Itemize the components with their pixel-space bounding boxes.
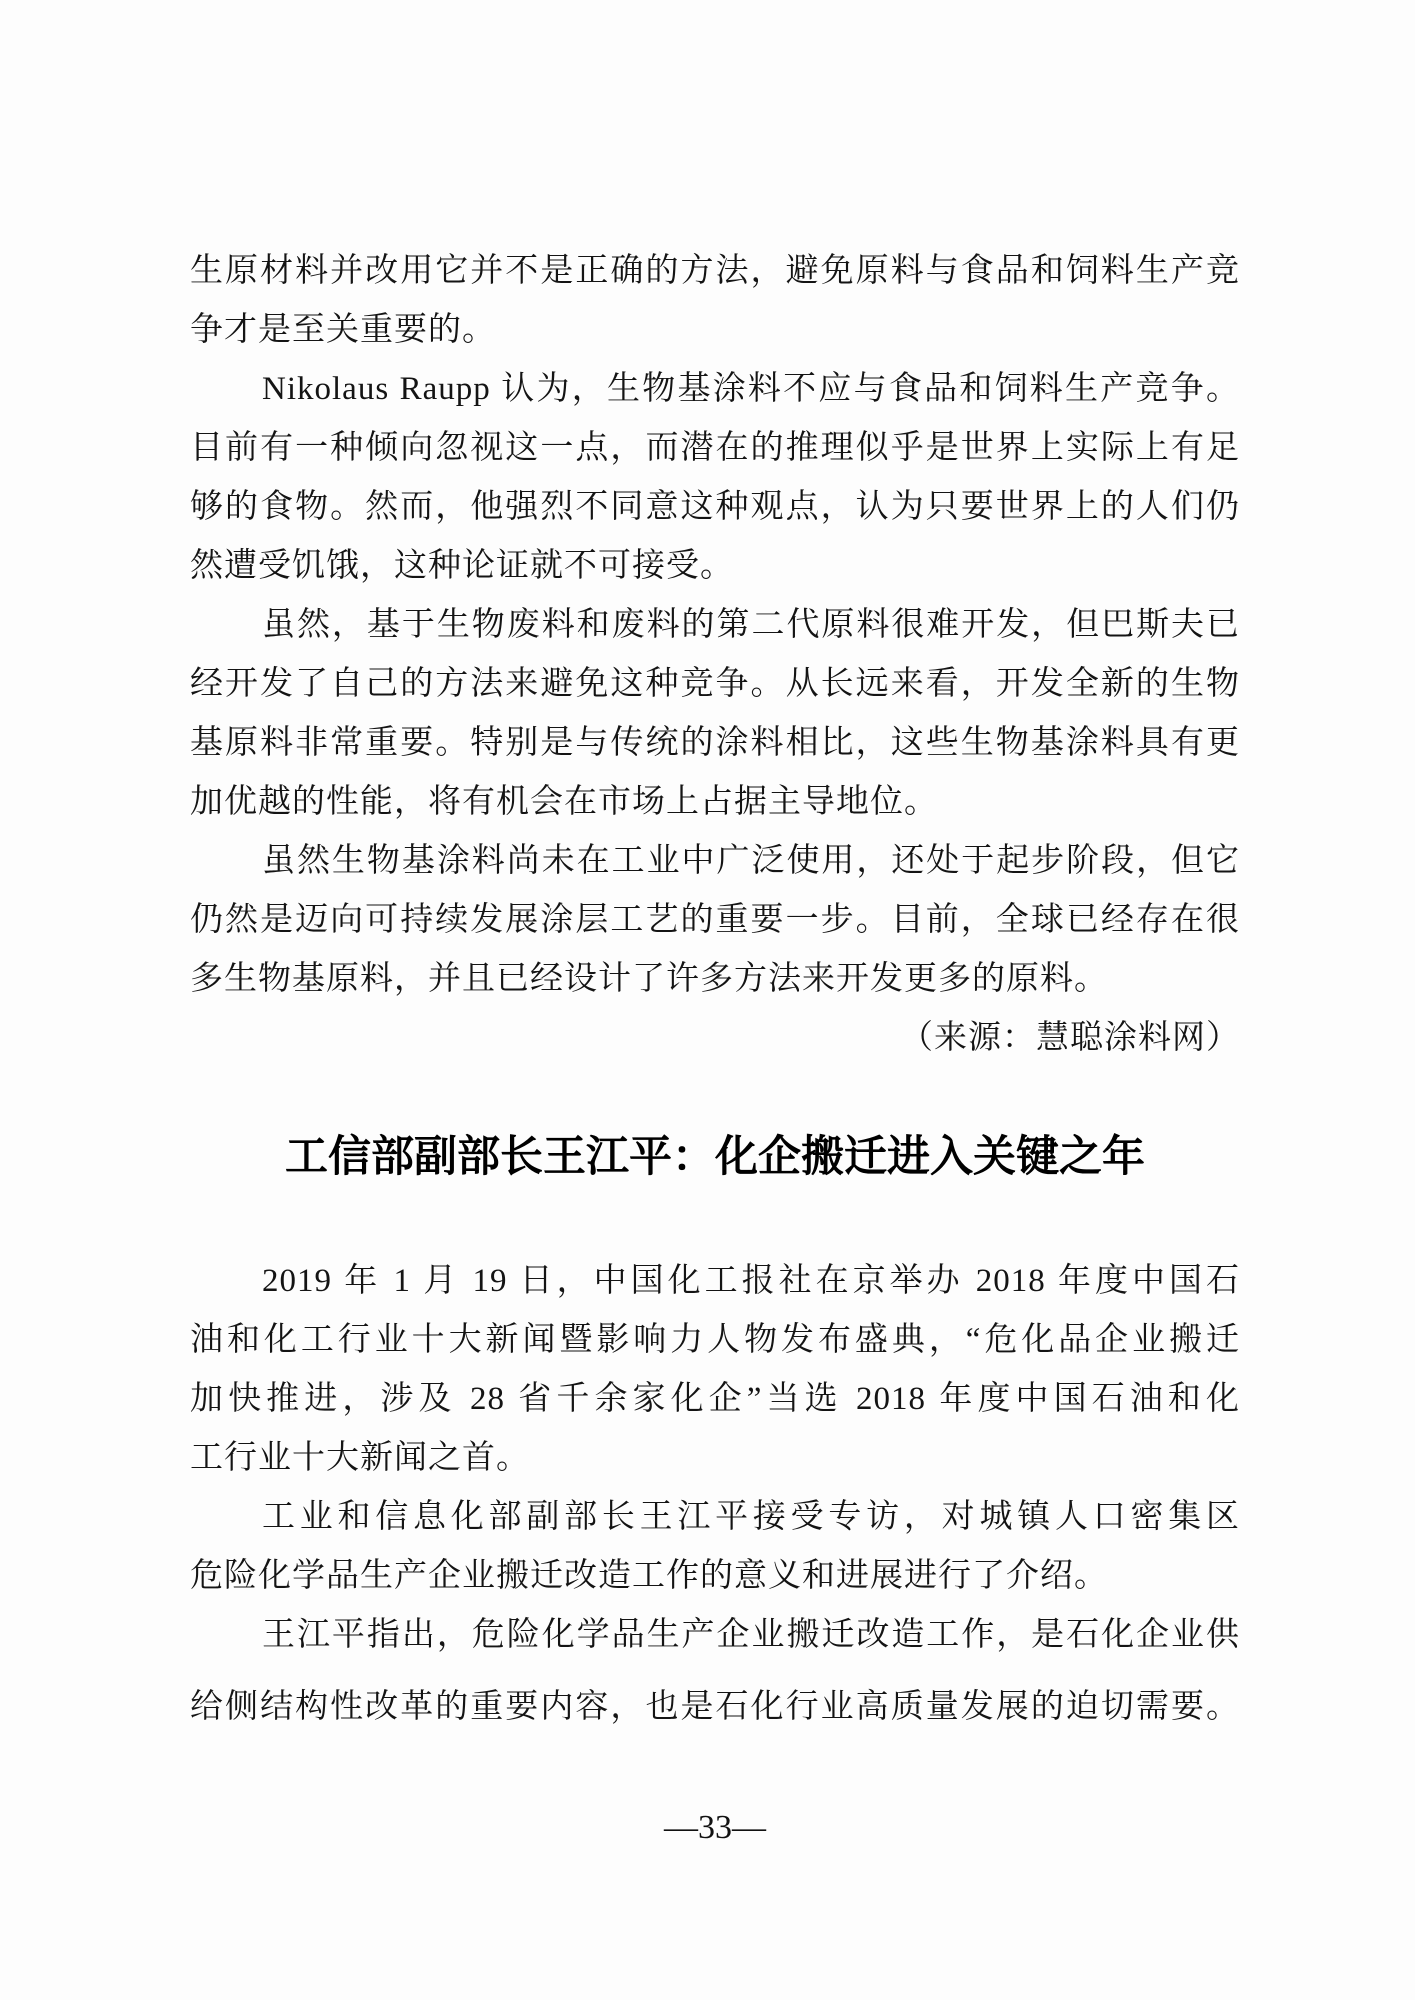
text-line: 争才是至关重要的。 bbox=[190, 301, 1240, 360]
text-line: 工行业十大新闻之首。 bbox=[190, 1429, 1240, 1488]
text-line: 工业和信息化部副部长王江平接受专访，对城镇人口密集区 bbox=[190, 1488, 1240, 1547]
text-line: 仍然是迈向可持续发展涂层工艺的重要一步。目前，全球已经存在很 bbox=[190, 891, 1240, 950]
text-line: 基原料非常重要。特别是与传统的涂料相比，这些生物基涂料具有更 bbox=[190, 714, 1240, 773]
text-line: 2019 年 1 月 19 日，中国化工报社在京举办 2018 年度中国石 bbox=[190, 1252, 1240, 1311]
text-line: 够的食物。然而，他强烈不同意这种观点，认为只要世界上的人们仍 bbox=[190, 478, 1240, 537]
text-line: 虽然，基于生物废料和废料的第二代原料很难开发，但巴斯夫已 bbox=[190, 596, 1240, 655]
text-line: 油和化工行业十大新闻暨影响力人物发布盛典，“危化品企业搬迁 bbox=[190, 1311, 1240, 1370]
article-heading: 工信部副部长王江平：化企搬迁进入关键之年 bbox=[190, 1128, 1240, 1187]
text-line: 生原材料并改用它并不是正确的方法，避免原料与食品和饲料生产竞 bbox=[190, 242, 1240, 301]
text-line: Nikolaus Raupp 认为，生物基涂料不应与食品和饲料生产竞争。 bbox=[190, 360, 1240, 419]
text-line: 加优越的性能，将有机会在市场上占据主导地位。 bbox=[190, 773, 1240, 832]
text-line: 目前有一种倾向忽视这一点，而潜在的推理似乎是世界上实际上有足 bbox=[190, 419, 1240, 478]
text-line: 虽然生物基涂料尚未在工业中广泛使用，还处于起步阶段，但它 bbox=[190, 832, 1240, 891]
text-line: 然遭受饥饿，这种论证就不可接受。 bbox=[190, 537, 1240, 596]
text-line: 危险化学品生产企业搬迁改造工作的意义和进展进行了介绍。 bbox=[190, 1547, 1240, 1606]
text-line: 加快推进，涉及 28 省千余家化企”当选 2018 年度中国石油和化 bbox=[190, 1370, 1240, 1429]
text-column: 生原材料并改用它并不是正确的方法，避免原料与食品和饲料生产竞争才是至关重要的。N… bbox=[190, 242, 1240, 1857]
text-line: 给侧结构性改革的重要内容，也是石化行业高质量发展的迫切需要。 bbox=[190, 1678, 1240, 1737]
text-line: 多生物基原料，并且已经设计了许多方法来开发更多的原料。 bbox=[190, 950, 1240, 1009]
text-line: 王江平指出，危险化学品生产企业搬迁改造工作，是石化企业供 bbox=[190, 1606, 1240, 1665]
text-line: 经开发了自己的方法来避免这种竞争。从长远来看，开发全新的生物 bbox=[190, 655, 1240, 714]
article-biobased-coatings: 生原材料并改用它并不是正确的方法，避免原料与食品和饲料生产竞争才是至关重要的。N… bbox=[190, 242, 1240, 1068]
page-number: —33— bbox=[190, 1798, 1240, 1857]
document-page: 生原材料并改用它并不是正确的方法，避免原料与食品和饲料生产竞争才是至关重要的。N… bbox=[0, 0, 1415, 2000]
article-relocation: 2019 年 1 月 19 日，中国化工报社在京举办 2018 年度中国石油和化… bbox=[190, 1252, 1240, 1737]
text-line: （来源：慧聪涂料网） bbox=[190, 1009, 1240, 1068]
